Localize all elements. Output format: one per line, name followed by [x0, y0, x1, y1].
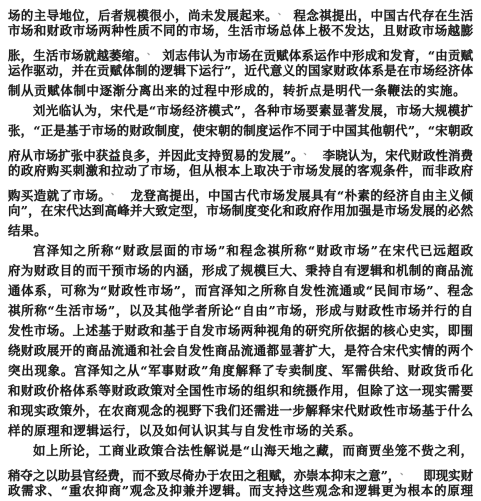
text-line: 购买造就了市场。、龙登高提出，中国古代市场发展具有“朴素的经济自由主义倾	[8, 181, 473, 201]
text-line: 胀，生活市场就越萎缩。、刘志伟认为市场在贡赋体系运作中形成和发育，“由贡赋	[8, 41, 473, 61]
text-line: 运作驱动，并在贡赋体制的逻辑下运行”，近代意义的国家财政体系是在市场经济体	[8, 61, 473, 81]
inline-gap	[405, 479, 423, 480]
text-run: 向”，在宋代达到高峰并大致定型，市场制度变化和政府作用加强是市场发展的必然	[8, 203, 473, 218]
text-line: 通体系，可称为“财政性市场”，而宫泽知之所称自发性流通或“民间市场”、程念	[8, 281, 473, 301]
text-line: 绕财政展开的商品流通和社会自发性商品流通都显著扩大，是符合宋代实情的两个	[8, 341, 473, 361]
text-line: 市场和财政市场两种性质不同的市场，生活市场总体上极不发达，且财政市场越膨	[8, 21, 473, 41]
text-line: 张，“正是基于市场的财政制度，使宋朝的制度运作不同于中国其他朝代”，“宋朝政	[8, 121, 473, 141]
text-run: 祺所称“生活市场”，以及其他学者所论“自由”市场，形成与财政性市场并行的自	[8, 303, 473, 318]
text-line: 突出现象。宫泽知之从“军事财政”角度解释了专卖制度、军需供给、财政货币化	[8, 361, 473, 381]
text-run: 刘光临认为，宋代是“市场经济模式”，各种市场要素显著发展，市场大规模扩	[33, 103, 473, 118]
inline-gap	[116, 199, 130, 200]
text-line: 场的主导地位，后者规模很小，尚未发展起来。、程念祺提出，中国古代存在生活	[8, 1, 473, 21]
text-run: 通体系，可称为“财政性市场”，而宫泽知之所称自发性流通或“民间市场”、程念	[8, 283, 473, 298]
text-run: 张，“正是基于市场的财政制度，使宋朝的制度运作不同于中国其他朝代”，“宋朝政	[8, 123, 473, 138]
text-line: 结果。	[8, 221, 473, 241]
text-line: 制从贡赋体制中逐渐分离出来的过程中形成的，转折点是明代一条鞭法的实施。	[8, 81, 473, 101]
text-block: 场的主导地位，后者规模很小，尚未发展起来。、程念祺提出，中国古代存在生活市场和财…	[8, 1, 473, 501]
text-line: 刘光临认为，宋代是“市场经济模式”，各种市场要素显著发展，市场大规模扩	[8, 101, 473, 121]
footnote-mark: 、	[400, 461, 405, 481]
text-run: 发性市场。上述基于财政和基于自发市场两种视角的研究所依据的核心史实，即围	[8, 323, 473, 338]
footnote-mark: 、	[304, 141, 309, 161]
text-line: 府从市场扩张中获益良多，并因此支持贸易的发展”。、李晓认为，宋代财政性消费	[8, 141, 473, 161]
text-run: 制从贡赋体制中逐渐分离出来的过程中形成的，转折点是明代一条鞭法的实施。	[8, 83, 466, 98]
text-run: 运作驱动，并在贡赋体制的逻辑下运行”，近代意义的国家财政体系是在市场经济体	[8, 63, 473, 78]
text-run: 突出现象。宫泽知之从“军事财政”角度解释了专卖制度、军需供给、财政货币化	[8, 363, 473, 378]
document-page: 场的主导地位，后者规模很小，尚未发展起来。、程念祺提出，中国古代存在生活市场和财…	[0, 0, 481, 501]
text-run: 结果。	[8, 223, 47, 238]
text-line: 和现实政策外，在农商观念的视野下我们还需进一步解释宋代财政性市场基于什么	[8, 401, 473, 421]
text-run: 市场和财政市场两种性质不同的市场，生活市场总体上极不发达，且财政市场越膨	[8, 23, 473, 38]
footnote-mark: 、	[111, 181, 116, 201]
text-run: 和现实政策外，在农商观念的视野下我们还需进一步解释宋代财政性市场基于什么	[8, 403, 473, 418]
text-line: 宫泽知之所称“财政层面的市场”和程念祺所称“财政市场”在宋代已远超政	[8, 241, 473, 261]
text-run: 府为财政目的而干预市场的内涵，形成了规模巨大、秉持自有逻辑和机制的商品流	[8, 263, 473, 278]
text-line: 祺所称“生活市场”，以及其他学者所论“自由”市场，形成与财政性市场并行的自	[8, 301, 473, 321]
text-run: 绕财政展开的商品流通和社会自发性商品流通都显著扩大，是符合宋代实情的两个	[8, 343, 473, 358]
text-line: 样的原理和逻辑运行，以及如何认识其与自发性市场的关系。	[8, 421, 473, 441]
text-line: 的政府购买刺激和拉动了市场，但从根本上取决于市场发展的客观条件，而非政府	[8, 161, 473, 181]
text-line: 府为财政目的而干预市场的内涵，形成了规模巨大、秉持自有逻辑和机制的商品流	[8, 261, 473, 281]
text-line: 发性市场。上述基于财政和基于自发市场两种视角的研究所依据的核心史实，即围	[8, 321, 473, 341]
inline-gap	[152, 59, 162, 60]
inline-gap	[309, 159, 323, 160]
text-run: 如上所论，工商业政策合法性解说是“山海天地之藏，而商贾坐笼不赀之利，	[33, 443, 473, 458]
text-line: 政需求、“重农抑商”观念及抑兼并逻辑。而支持这些观念和逻辑更为根本的原理	[8, 481, 473, 501]
text-line: 和财政价格体系等财政政策对全国性市场的组织和统摄作用，但除了这一现实需要	[8, 381, 473, 401]
footnote-mark: 、	[278, 1, 283, 21]
text-line: 稍夺之以助县官经费，而不致尽倚办于农田之租赋，亦崇本抑末之意”，、即现实财	[8, 461, 473, 481]
text-run: 样的原理和逻辑运行，以及如何认识其与自发性市场的关系。	[8, 423, 361, 438]
footnote-mark: 、	[147, 41, 152, 61]
text-line: 向”，在宋代达到高峰并大致定型，市场制度变化和政府作用加强是市场发展的必然	[8, 201, 473, 221]
text-run: 宫泽知之所称“财政层面的市场”和程念祺所称“财政市场”在宋代已远超政	[33, 243, 473, 258]
text-line: 如上所论，工商业政策合法性解说是“山海天地之藏，而商贾坐笼不赀之利，	[8, 441, 473, 461]
text-run: 政需求、“重农抑商”观念及抑兼并逻辑。而支持这些观念和逻辑更为根本的原理	[8, 483, 473, 498]
inline-gap	[283, 19, 293, 20]
text-run: 的政府购买刺激和拉动了市场，但从根本上取决于市场发展的客观条件，而非政府	[8, 163, 473, 178]
text-run: 和财政价格体系等财政政策对全国性市场的组织和统摄作用，但除了这一现实需要	[8, 383, 473, 398]
